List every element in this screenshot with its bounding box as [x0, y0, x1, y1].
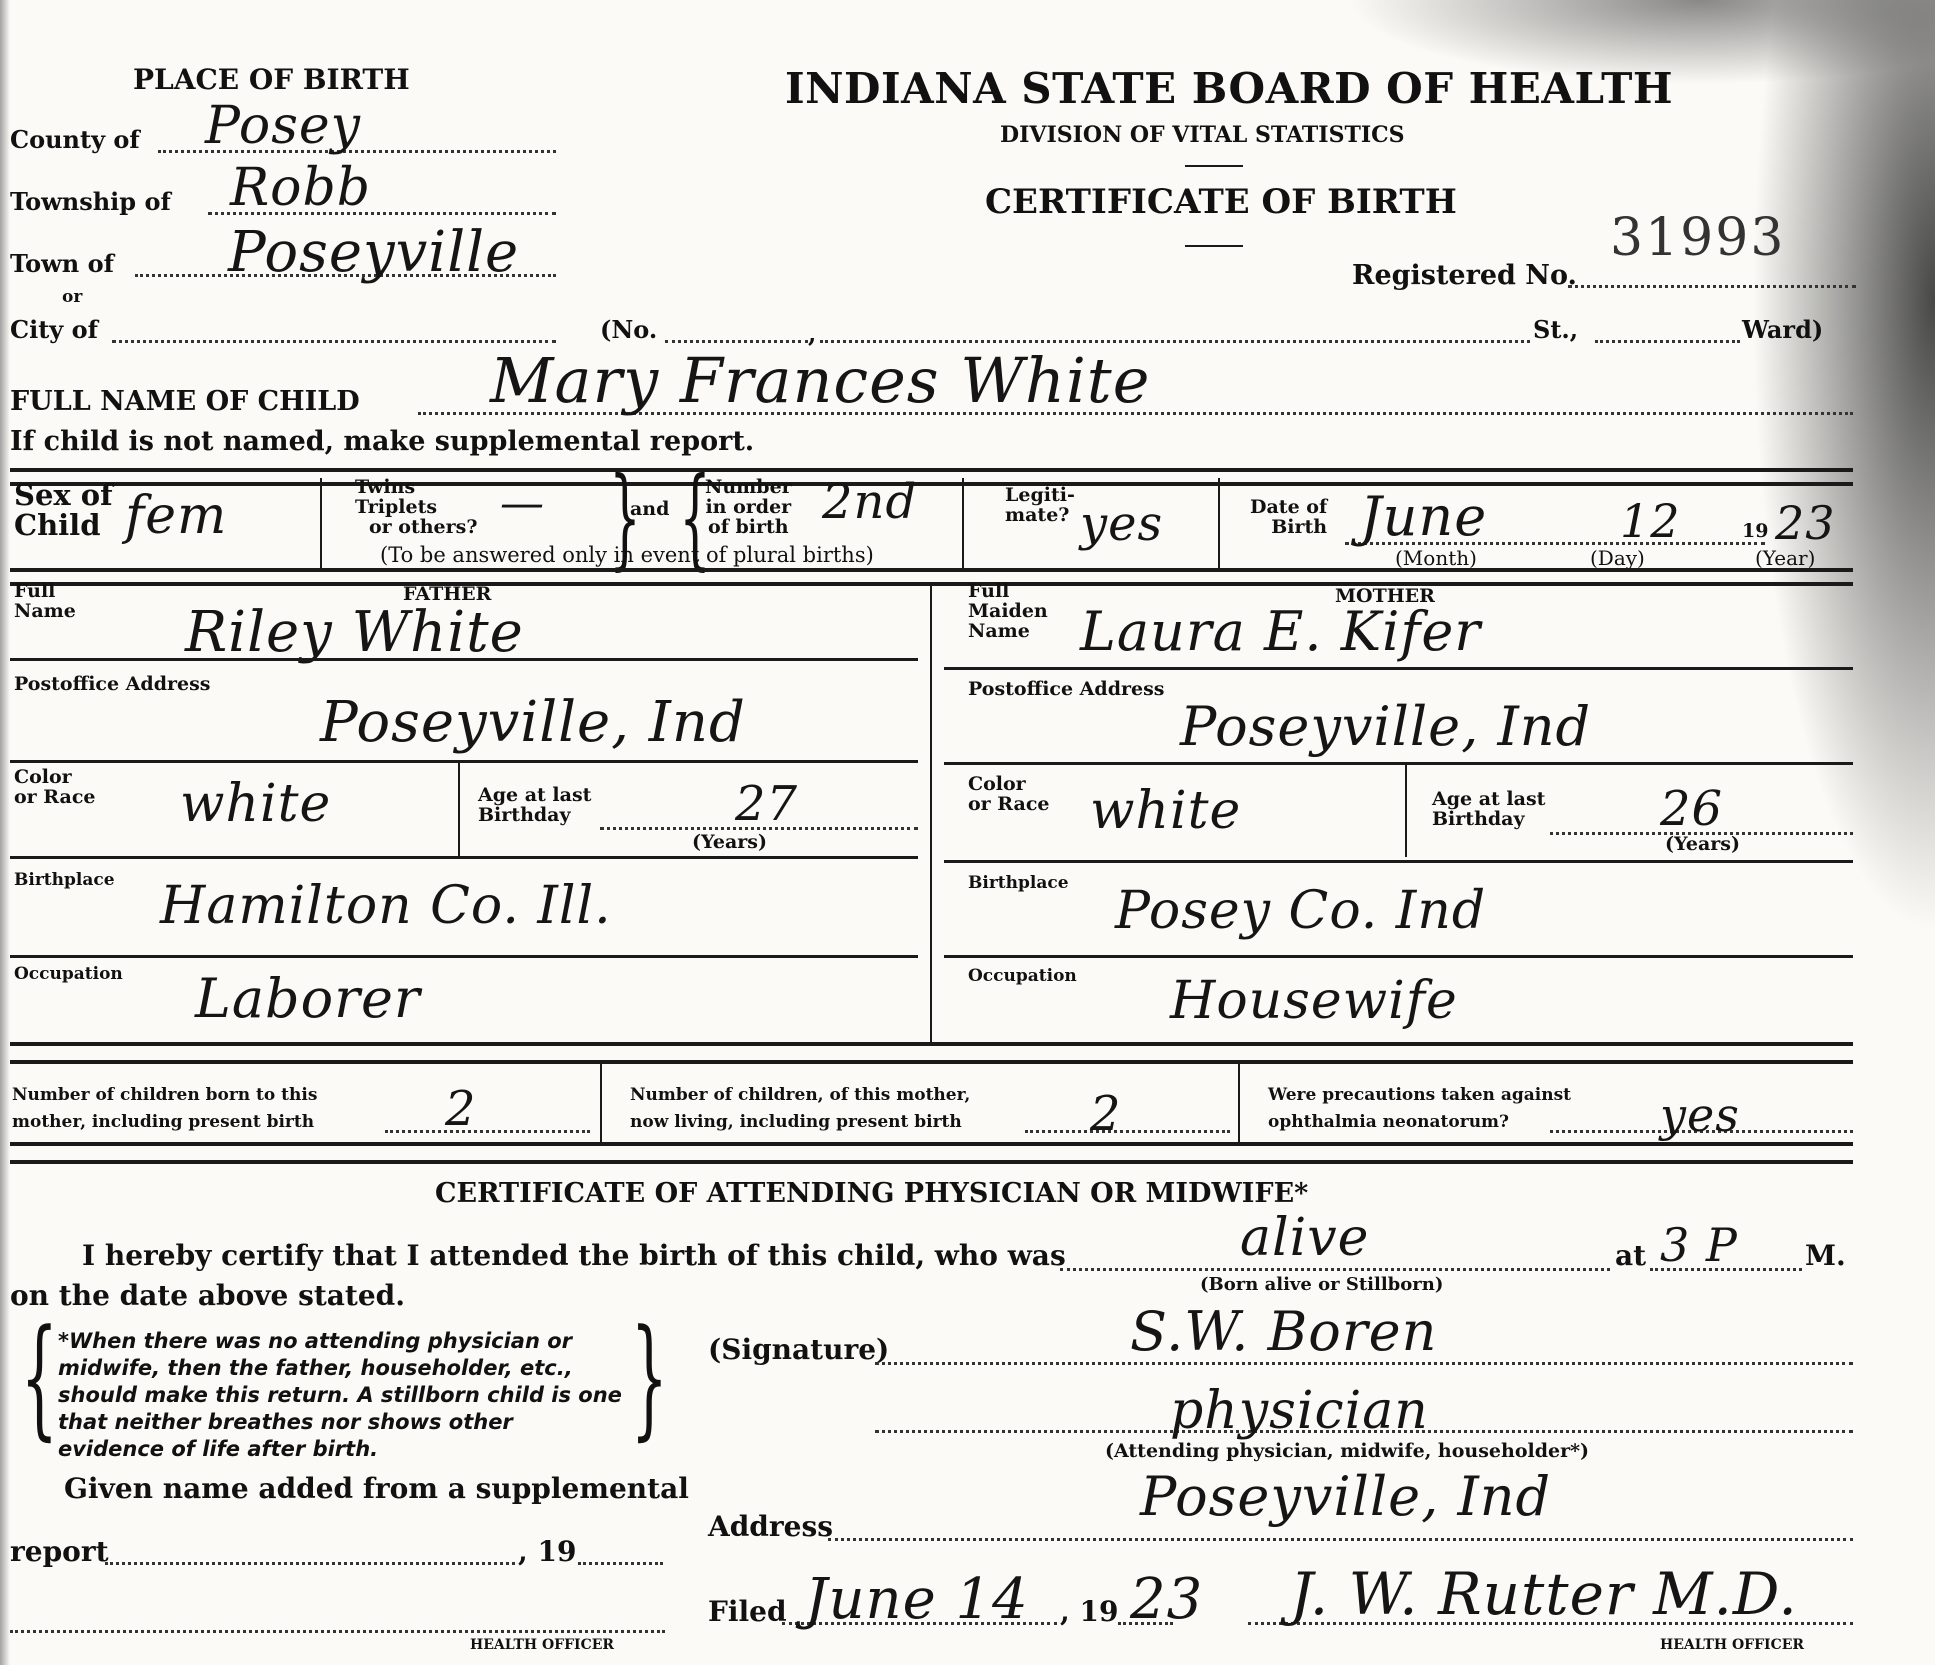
city-line — [112, 340, 556, 343]
role-caption: (Attending physician, midwife, household… — [1105, 1440, 1589, 1462]
mother-address-rule — [944, 762, 1853, 765]
father-name-label: Full Name — [14, 582, 76, 622]
mother-occupation-value: Housewife — [1170, 975, 1458, 1027]
mother-address-label: Postoffice Address — [968, 680, 1165, 700]
children-living-value: 2 — [1090, 1090, 1122, 1138]
parents-center-divider — [930, 582, 932, 1042]
mother-name-label-line-1: Full — [968, 582, 1048, 602]
father-name-label-line-2: Name — [14, 602, 76, 622]
date-above-text: on the date above stated. — [10, 1282, 405, 1310]
legit-label-line-1: Legiti- — [1005, 486, 1075, 506]
father-name-rule — [10, 658, 918, 661]
mother-name-value: Laura E. Kifer — [1080, 605, 1481, 659]
mother-age-label-line-1: Age at last — [1432, 790, 1545, 810]
supplemental-year-prefix: , 19 — [518, 1538, 576, 1566]
birth-order-label: Number in order of birth — [705, 478, 792, 538]
supplemental-report-line — [105, 1562, 515, 1565]
mother-address-value: Poseyville, Ind — [1180, 700, 1591, 754]
ward-label: Ward) — [1742, 318, 1823, 342]
street-no-label: (No. — [600, 318, 657, 342]
precautions-label-line-1: Were precautions taken against — [1268, 1082, 1571, 1109]
registered-no-label: Registered No. — [1352, 262, 1577, 289]
signature-label: (Signature) — [708, 1336, 889, 1364]
father-age-label-line-2: Birthday — [478, 806, 591, 826]
mother-race-label: Color or Race — [968, 775, 1050, 815]
month-caption: (Month) — [1395, 546, 1477, 570]
mother-birthplace-rule — [944, 955, 1853, 958]
divider-child-top — [10, 468, 1853, 486]
town-label: Town of — [10, 252, 114, 276]
health-officer-left-line — [10, 1630, 665, 1633]
filed-label: Filed — [708, 1598, 787, 1626]
children-living-label-line-2: now living, including present birth — [630, 1109, 970, 1136]
twins-value: — — [500, 482, 545, 526]
day-caption: (Day) — [1590, 546, 1645, 570]
title-rule-bottom — [1185, 245, 1243, 247]
father-occupation-value: Laborer — [195, 972, 421, 1026]
precautions-label: Were precautions taken against ophthalmi… — [1268, 1082, 1571, 1136]
order-label-line-1: Number — [705, 478, 792, 498]
legitimate-label: Legiti- mate? — [1005, 486, 1075, 526]
or-label: or — [62, 289, 82, 306]
mother-occupation-label: Occupation — [968, 968, 1077, 986]
father-birthplace-value: Hamilton Co. Ill. — [160, 880, 612, 932]
father-race-label-line-2: or Race — [14, 788, 96, 808]
health-officer-right-caption: HEALTH OFFICER — [1660, 1638, 1804, 1652]
father-age-label: Age at last Birthday — [478, 786, 591, 826]
father-birthplace-label: Birthplace — [14, 872, 115, 890]
mother-race-label-line-1: Color — [968, 775, 1050, 795]
registered-number: 31993 — [1610, 208, 1785, 268]
dob-label-line-1: Date of — [1250, 498, 1327, 518]
mother-race-rule — [944, 860, 1853, 863]
legit-label-line-2: mate? — [1005, 506, 1075, 526]
role-value: physician — [1170, 1385, 1429, 1437]
father-name-label-line-1: Full — [14, 582, 76, 602]
physician-address-line — [828, 1538, 1853, 1541]
county-label: County of — [10, 128, 140, 152]
divider-parents-bottom — [10, 1042, 1853, 1064]
children-living-label-line-1: Number of children, of this mother, — [630, 1082, 970, 1109]
footnote-text: *When there was no attending physician o… — [58, 1328, 623, 1462]
street-no-line — [665, 340, 808, 343]
mother-age-value: 26 — [1660, 785, 1723, 833]
mother-age-label-line-2: Birthday — [1432, 810, 1545, 830]
and-label: and — [630, 500, 669, 520]
sex-value: fem — [125, 490, 227, 542]
sex-divider — [320, 478, 322, 570]
not-named-note: If child is not named, make supplemental… — [10, 428, 754, 455]
mother-birthplace-label: Birthplace — [968, 875, 1069, 893]
birth-order-value: 2nd — [822, 478, 917, 526]
physician-address-label: Address — [708, 1513, 833, 1541]
health-officer-left-caption: HEALTH OFFICER — [470, 1638, 614, 1652]
place-of-birth-title: PLACE OF BIRTH — [133, 66, 410, 94]
precautions-value: yes — [1660, 1092, 1740, 1138]
certificate-title: CERTIFICATE OF BIRTH — [985, 185, 1457, 219]
child-name-value: Mary Frances White — [490, 350, 1150, 412]
supplemental-label: Given name added from a supplemental — [64, 1475, 689, 1503]
father-race-rule — [10, 856, 918, 859]
birth-status-caption: (Born alive or Stillborn) — [1200, 1274, 1443, 1295]
birth-status-line — [1060, 1268, 1610, 1271]
father-address-rule — [10, 760, 918, 763]
physician-section-title: CERTIFICATE OF ATTENDING PHYSICIAN OR MI… — [435, 1180, 1308, 1207]
dob-year-value: 23 — [1775, 500, 1836, 546]
ward-line — [1595, 340, 1740, 343]
physician-address-value: Poseyville, Ind — [1140, 1470, 1551, 1524]
children-born-value: 2 — [445, 1085, 477, 1133]
dob-month-value: June — [1360, 490, 1487, 544]
father-address-value: Poseyville, Ind — [320, 695, 746, 751]
mother-race-value: white — [1090, 785, 1241, 837]
year-caption: (Year) — [1755, 546, 1815, 570]
town-value: Poseyville — [228, 225, 519, 281]
mother-race-divider — [1405, 765, 1407, 857]
birth-status-value: alive — [1240, 1212, 1369, 1264]
father-race-label-line-1: Color — [14, 768, 96, 788]
father-race-value: white — [180, 778, 331, 830]
signature-value: S.W. Boren — [1130, 1305, 1437, 1359]
father-race-divider — [458, 763, 460, 856]
dob-day-value: 12 — [1620, 498, 1681, 544]
father-address-label: Postoffice Address — [14, 675, 211, 695]
mother-name-label-line-2: Maiden — [968, 602, 1048, 622]
township-label: Township of — [10, 190, 171, 214]
filed-date-value: June 14 — [805, 1572, 1029, 1628]
board-title: INDIANA STATE BOARD OF HEALTH — [785, 68, 1673, 110]
legitimate-value: yes — [1080, 500, 1163, 548]
sex-label-line-2: Child — [14, 510, 113, 540]
children-born-label: Number of children born to this mother, … — [12, 1082, 317, 1136]
dob-label: Date of Birth — [1250, 498, 1327, 538]
children-living-line — [1025, 1130, 1230, 1133]
footnote-right-brace-icon: } — [631, 1312, 668, 1442]
birth-time-value: 3 P — [1660, 1222, 1738, 1268]
footnote-left-brace-icon: { — [21, 1312, 58, 1442]
registered-no-line — [1568, 285, 1856, 288]
children-born-label-line-2: mother, including present birth — [12, 1109, 317, 1136]
division-title: DIVISION OF VITAL STATISTICS — [1000, 124, 1405, 146]
father-age-label-line-1: Age at last — [478, 786, 591, 806]
plural-births-note: (To be answered only in event of plural … — [380, 543, 874, 567]
birth-certificate-document: PLACE OF BIRTH County of Posey Township … — [0, 0, 1935, 1665]
children-living-label: Number of children, of this mother, now … — [630, 1082, 970, 1136]
street-line — [820, 340, 1530, 343]
meridiem-label: M. — [1805, 1242, 1846, 1270]
street-label: St., — [1533, 318, 1578, 342]
mother-name-label-line-3: Name — [968, 622, 1048, 642]
children-born-line — [385, 1130, 590, 1133]
certify-text: I hereby certify that I attended the bir… — [82, 1242, 1066, 1270]
legit-divider — [1218, 478, 1220, 570]
dob-label-line-2: Birth — [1250, 518, 1327, 538]
twins-label-line-1: Twins — [355, 478, 478, 498]
county-value: Posey — [205, 100, 361, 152]
father-occupation-label: Occupation — [14, 966, 123, 984]
mother-name-label: Full Maiden Name — [968, 582, 1048, 642]
mother-years-caption: (Years) — [1665, 835, 1740, 855]
title-rule-top — [1185, 165, 1243, 167]
township-value: Robb — [230, 162, 371, 214]
mother-race-label-line-2: or Race — [968, 795, 1050, 815]
stats-divider-1 — [600, 1060, 602, 1144]
mother-birthplace-value: Posey Co. Ind — [1115, 885, 1486, 937]
father-birthplace-rule — [10, 955, 918, 958]
sex-label: Sex of Child — [14, 480, 113, 541]
city-label: City of — [10, 318, 98, 342]
order-label-line-3: of birth — [705, 518, 792, 538]
mother-name-rule — [944, 667, 1853, 670]
supplemental-report-label: report — [10, 1538, 109, 1566]
filed-year-prefix: , 19 — [1060, 1598, 1118, 1626]
comma-separator: , — [808, 322, 816, 346]
order-divider — [962, 478, 964, 570]
order-label-line-2: in order — [705, 498, 792, 518]
children-born-label-line-1: Number of children born to this — [12, 1082, 317, 1109]
stats-divider-2 — [1238, 1060, 1240, 1144]
at-label: at — [1615, 1242, 1646, 1270]
father-race-label: Color or Race — [14, 768, 96, 808]
child-name-label: FULL NAME OF CHILD — [10, 388, 360, 415]
supplemental-year-line — [578, 1562, 663, 1565]
twins-label-line-2: Triplets — [355, 498, 478, 518]
twins-label: Twins Triplets or others? — [355, 478, 478, 538]
divider-stats-bottom — [10, 1142, 1853, 1164]
precautions-label-line-2: ophthalmia neonatorum? — [1268, 1109, 1571, 1136]
dob-year-prefix: 19 — [1742, 522, 1768, 542]
mother-age-label: Age at last Birthday — [1432, 790, 1545, 830]
father-years-caption: (Years) — [692, 833, 767, 853]
father-age-value: 27 — [735, 780, 798, 828]
health-officer-signature: J. W. Rutter M.D. — [1290, 1565, 1798, 1623]
twins-label-line-3: or others? — [355, 518, 478, 538]
filed-year-value: 23 — [1130, 1572, 1203, 1628]
father-name-value: Riley White — [185, 605, 524, 661]
sex-label-line-1: Sex of — [14, 480, 113, 510]
